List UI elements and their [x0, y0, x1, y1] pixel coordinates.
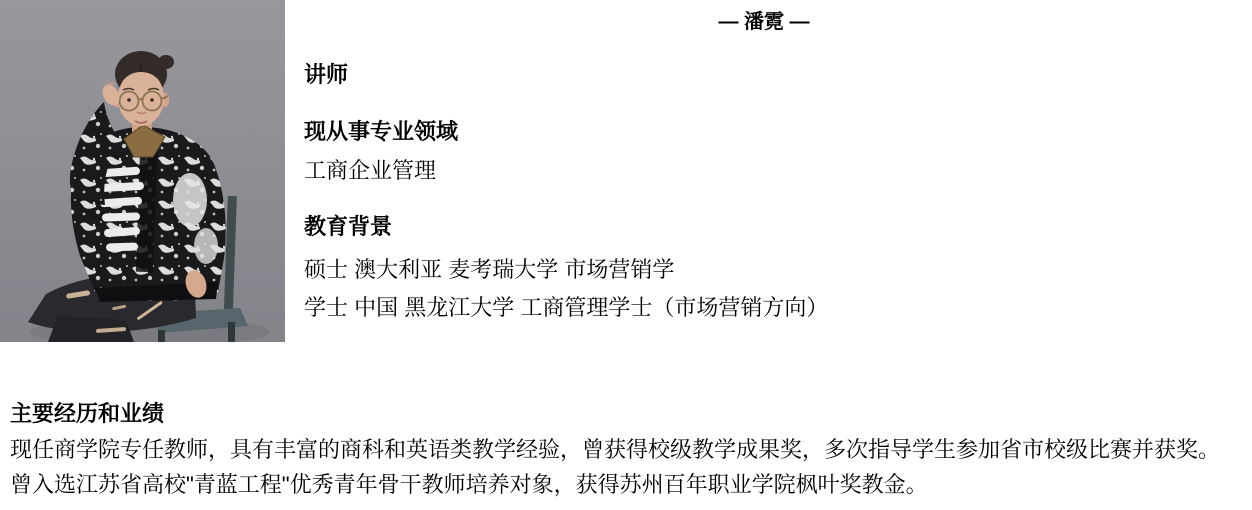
experience-text-line: 曾入选江苏省高校"青蓝工程"优秀青年骨干教师培养对象，获得苏州百年职业学院枫叶奖… — [10, 472, 928, 498]
profile-page: — 潘霓 — 讲师 现从事专业领域 工商企业管理 教育背景 硕士 澳大利亚 麦考… — [0, 0, 1252, 510]
position-label: 讲师 — [304, 62, 348, 88]
page-title: — 潘霓 — — [304, 10, 1224, 34]
field-section-value: 工商企业管理 — [304, 158, 436, 184]
experience-text-line: 现任商学院专任教师，具有丰富的商科和英语类教学经验，曾获得校级教学成果奖，多次指… — [10, 437, 1220, 463]
person-portrait-illustration — [0, 0, 285, 342]
experience-section-heading: 主要经历和业绩 — [10, 401, 164, 427]
field-section-heading: 现从事专业领域 — [304, 119, 458, 145]
education-item: 学士 中国 黑龙江大学 工商管理学士（市场营销方向） — [304, 295, 828, 321]
profile-photo — [0, 0, 285, 342]
education-section-heading: 教育背景 — [304, 214, 392, 240]
education-item: 硕士 澳大利亚 麦考瑞大学 市场营销学 — [304, 257, 674, 283]
